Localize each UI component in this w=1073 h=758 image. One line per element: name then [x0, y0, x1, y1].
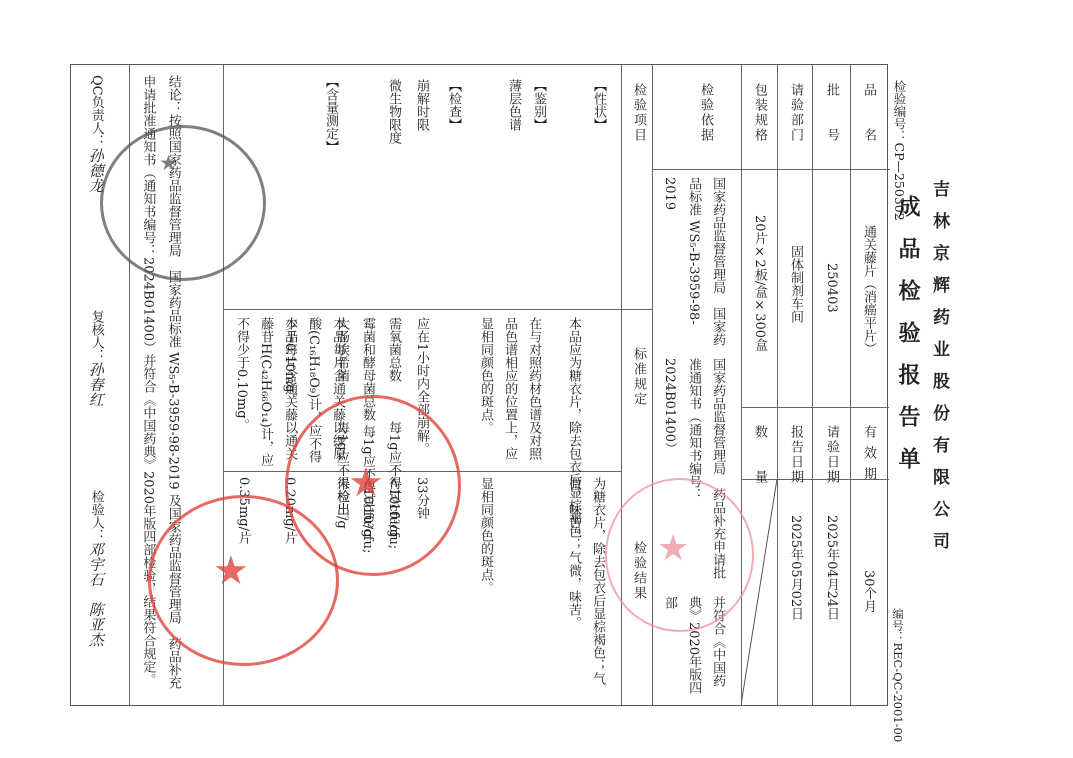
col-divider	[652, 169, 890, 170]
qc-signature: QC负责人：孙德龙	[81, 75, 109, 193]
request-date: 2025年04月24日	[819, 515, 843, 620]
item-label: 微生物限度	[381, 79, 405, 144]
company-name: 吉林京辉药业股份有限公司	[927, 180, 952, 620]
col-divider	[741, 407, 889, 408]
inspection-number: 检验编号：CP—250302	[890, 80, 908, 221]
standard-text: 本品每片含通关藤以通关藤苷H(C₄₂H₆₆O₁₄)计，应不得少于0.10mg。	[229, 317, 301, 467]
form-number-value: REC-QC-2001-00	[891, 643, 905, 743]
batch-number: 250403	[819, 263, 843, 313]
result-text: 0.35mg/片	[231, 477, 255, 544]
request-date-label: 请验日期	[819, 425, 843, 485]
result-text: <10cfu/g	[381, 477, 405, 538]
report-title: 成品检验报告单	[893, 195, 924, 595]
inspection-number-label: 检验编号：	[892, 80, 907, 143]
reviewer-label: 复核人：	[89, 310, 104, 362]
packing-spec: 20片×2板/盒×300盒	[747, 215, 771, 351]
form-number: 编号：REC-QC-2001-00	[890, 608, 906, 742]
row-divider	[652, 65, 653, 705]
standard-column-header: 标准规定	[626, 347, 650, 407]
reviewer-sign: 孙春红	[87, 362, 105, 407]
item-label: 薄层色谱	[501, 79, 525, 131]
row-divider	[621, 65, 622, 705]
quantity-empty-diagonal	[741, 479, 777, 705]
reviewer-signature: 复核人：孙春红	[81, 310, 109, 407]
item-label: 【含量测定】	[318, 75, 342, 153]
basis-label: 检验依据	[693, 83, 717, 143]
quantity-label: 数 量	[747, 425, 771, 485]
result-text: 33分钟	[409, 477, 433, 520]
result-text: <10cfu/g	[355, 477, 379, 538]
form-number-label: 编号：	[891, 608, 905, 643]
conclusion: 结论：按照国家药品监督管理局 国家药品标准 WS₅-B-3959-98-2019…	[135, 75, 186, 695]
row-divider	[777, 65, 778, 705]
row-divider	[850, 65, 851, 705]
report-date-label: 报告日期	[783, 425, 807, 485]
inspector-signature: 检验人：邓宇石 陈亚杰	[81, 490, 109, 647]
batch-label: 批 号	[819, 83, 843, 143]
result-text: 0.20mg/片	[277, 477, 301, 544]
result-column-header: 检验结果	[626, 541, 650, 601]
item-label: 崩解时限	[409, 79, 433, 131]
col-divider	[223, 309, 652, 310]
row-divider	[223, 65, 224, 705]
item-column-header: 检验项目	[626, 83, 650, 143]
item-label: 【检查】	[441, 79, 465, 131]
inspection-number-value: CP—250302	[892, 143, 907, 221]
standard-text: 应在1小时内全部崩解。	[409, 317, 433, 455]
report-table: 品 名 通关藤片（消癌平片） 有 效 期 30个月 批 号 250403 请验日…	[70, 64, 888, 706]
basis-line: 并符合《中国药典》2020年版四部	[657, 596, 729, 697]
validity: 30个月	[856, 570, 880, 613]
row-divider	[129, 65, 130, 705]
basis-line: 国家药品监督管理局 药品补充申请批准通知书（通知书编号：2024B01400）	[657, 358, 729, 589]
validity-label: 有 效 期	[856, 425, 880, 482]
result-text: 显相同颜色的斑点。	[473, 477, 497, 594]
result-text: 为糖衣片，除去包衣后显棕褐色；气微，味苦。	[561, 477, 609, 702]
inspector-sign: 邓宇石 陈亚杰	[87, 542, 105, 647]
basis-line: 国家药品监督管理局 国家药品标准 WS₅-B-3959-98-2019	[657, 177, 729, 352]
standard-text: 在与对照药材色谱及对照品色谱相应的位置上，应显相同颜色的斑点。	[473, 317, 545, 467]
product-name-label: 品 名	[856, 83, 880, 143]
qc-label: QC负责人：	[89, 75, 104, 148]
department: 固体制剂车间	[783, 245, 807, 323]
result-text: 未检出/g	[329, 477, 353, 529]
item-label: 【性状】	[586, 79, 610, 131]
department-label: 请验部门	[783, 83, 807, 143]
report-date: 2025年05月02日	[783, 515, 807, 620]
product-name: 通关藤片（消癌平片）	[856, 225, 880, 355]
qc-sign: 孙德龙	[87, 148, 105, 193]
inspector-label: 检验人：	[89, 490, 104, 542]
packing-label: 包装规格	[747, 83, 771, 143]
row-divider	[812, 65, 813, 705]
basis-text: 国家药品监督管理局 国家药品标准 WS₅-B-3959-98-2019 国家药品…	[657, 177, 729, 697]
item-label: 【鉴别】	[526, 79, 550, 131]
